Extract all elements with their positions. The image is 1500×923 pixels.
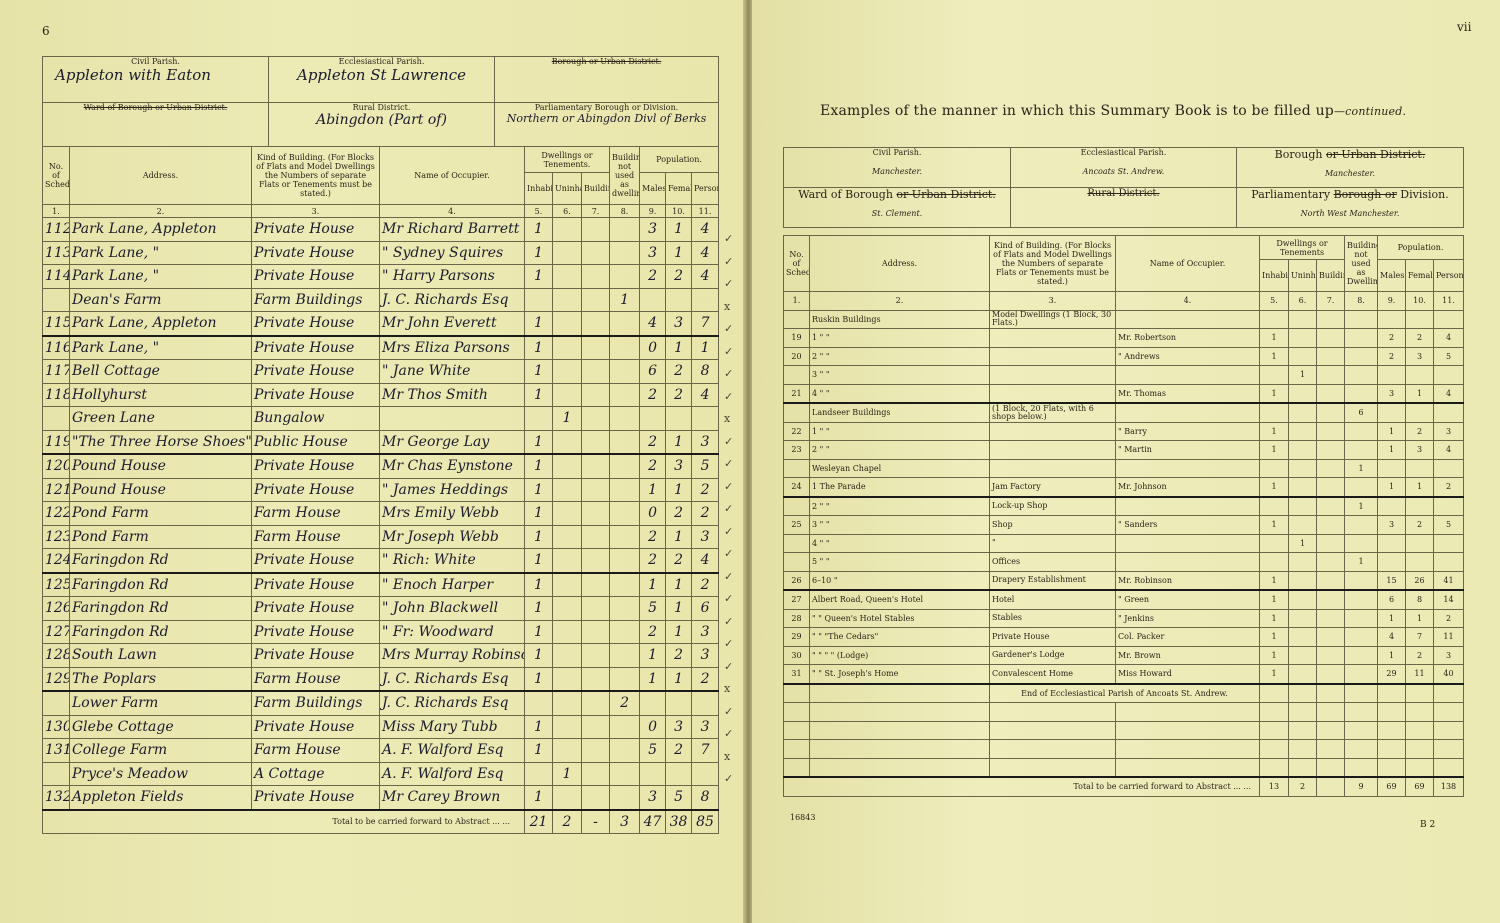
kind-cell: Farm House (252, 525, 380, 549)
address-cell: Pond Farm (70, 525, 252, 549)
kind-cell: Gardener's Lodge (990, 646, 1116, 665)
schedule-cell (784, 497, 810, 516)
address-cell: Faringdon Rd (70, 620, 252, 644)
building-cell (582, 786, 610, 810)
females-cell (1406, 497, 1434, 516)
not-dwellings-cell (1345, 590, 1378, 609)
total-persons: 85 (692, 810, 719, 834)
rural-district-value: Abingdon (Part of) (271, 112, 492, 128)
schedule-cell: 125 (43, 573, 70, 597)
building-cell (1317, 347, 1345, 366)
parliamentary-label: Parliamentary Borough or Division. (497, 103, 716, 112)
uninhabited-cell (1289, 459, 1317, 478)
occupier-cell (1116, 497, 1260, 516)
uninhabited-cell (553, 430, 582, 454)
uninhabited-cell (1289, 384, 1317, 403)
address-cell: Park Lane, Appleton (70, 218, 252, 242)
persons-cell: 2 (692, 667, 719, 691)
tick-mark-icon: ✓ (724, 705, 733, 718)
persons-cell: 4 (1434, 384, 1464, 403)
tick-mark-icon: x (724, 750, 730, 763)
males-cell (1378, 497, 1406, 516)
females-cell: 1 (666, 573, 692, 597)
inhabited-cell: 1 (525, 241, 553, 265)
building-cell (582, 478, 610, 502)
males-cell: 3 (1378, 384, 1406, 403)
inhabited-cell (1260, 553, 1289, 572)
address-cell: 1 " " (810, 329, 990, 348)
not-dwellings-cell (1345, 310, 1378, 329)
females-cell: 1 (666, 525, 692, 549)
kind-cell: Private House (990, 628, 1116, 647)
left-table-body: 112Park Lane, AppletonPrivate HouseMr Ri… (43, 218, 719, 810)
not-dwellings-cell (1345, 366, 1378, 385)
persons-cell: 8 (692, 786, 719, 810)
column-number-row: 1. 2. 3. 4. 5. 6. 7. 8. 9. 10. 11. (784, 292, 1464, 311)
persons-cell: 3 (692, 620, 719, 644)
address-cell: Faringdon Rd (70, 597, 252, 621)
schedule-cell: 126 (43, 597, 70, 621)
table-row: 214 " "Mr. Thomas1314 (784, 384, 1464, 403)
building-cell (582, 762, 610, 786)
not-dwellings-cell (1345, 516, 1378, 535)
table-row: 191 " "Mr. Robertson1224 (784, 329, 1464, 348)
col-persons-header: Persons. (692, 173, 719, 205)
title-text: Examples of the manner in which this Sum… (820, 103, 1334, 119)
col-address-header: Address. (70, 147, 252, 205)
end-note-row: End of Ecclesiastical Parish of Ancoats … (784, 684, 1464, 703)
table-row: 130Glebe CottagePrivate HouseMiss Mary T… (43, 715, 719, 739)
address-cell: Pryce's Meadow (70, 762, 252, 786)
persons-cell (692, 762, 719, 786)
kind-cell: Lock-up Shop (990, 497, 1116, 516)
persons-cell: 7 (692, 312, 719, 336)
occupier-cell (1116, 553, 1260, 572)
uninhabited-cell (1289, 329, 1317, 348)
inhabited-cell: 1 (525, 383, 553, 407)
schedule-cell: 121 (43, 478, 70, 502)
males-cell: 1 (640, 667, 666, 691)
uninhabited-cell: 1 (553, 762, 582, 786)
males-cell (1378, 534, 1406, 553)
males-cell: 5 (640, 597, 666, 621)
occupier-cell: " Rich: White (380, 549, 525, 573)
persons-cell: 5 (1434, 516, 1464, 535)
uninhabited-cell (1289, 609, 1317, 628)
not-dwellings-cell (610, 573, 640, 597)
table-row: 132Appleton FieldsPrivate HouseMr Carey … (43, 786, 719, 810)
kind-cell: Offices (990, 553, 1116, 572)
tick-mark-icon: ✓ (724, 525, 733, 538)
address-cell: Pond Farm (70, 502, 252, 526)
table-row: 29 " " "The Cedars"Private HouseCol. Pac… (784, 628, 1464, 647)
table-row: 4 " ""1 (784, 534, 1464, 553)
table-row: 113Park Lane, "Private House" Sydney Squ… (43, 241, 719, 265)
total-uninhabited: 2 (553, 810, 582, 834)
address-cell: Dean's Farm (70, 288, 252, 312)
ecclesiastical-parish-label: Ecclesiastical Parish. (271, 57, 492, 66)
occupier-cell: A. F. Walford Esq (380, 762, 525, 786)
inhabited-cell (525, 288, 553, 312)
table-row: 112Park Lane, AppletonPrivate HouseMr Ri… (43, 218, 719, 242)
persons-cell: 4 (692, 241, 719, 265)
not-dwellings-cell (1345, 534, 1378, 553)
schedule-cell: 130 (43, 715, 70, 739)
uninhabited-cell (553, 573, 582, 597)
empty-cell (1317, 684, 1345, 703)
persons-cell: 3 (692, 715, 719, 739)
inhabited-cell: 1 (525, 739, 553, 763)
occupier-cell: Mr. Robinson (1116, 571, 1260, 590)
uninhabited-cell (553, 218, 582, 242)
not-dwellings-cell (1345, 329, 1378, 348)
occupier-cell: J. C. Richards Esq (380, 288, 525, 312)
table-row: 118HollyhurstPrivate HouseMr Thos Smith1… (43, 383, 719, 407)
kind-cell (990, 422, 1116, 441)
females-cell: 2 (666, 549, 692, 573)
address-cell: " " " " (Lodge) (810, 646, 990, 665)
col-number: 8. (1345, 292, 1378, 311)
uninhabited-cell: 1 (1289, 366, 1317, 385)
building-cell (1317, 366, 1345, 385)
civil-parish-value: Appleton with Eaton (45, 66, 266, 84)
address-cell: " " "The Cedars" (810, 628, 990, 647)
schedule-cell: 127 (43, 620, 70, 644)
schedule-cell: 131 (43, 739, 70, 763)
tick-mark-icon: x (724, 682, 730, 695)
not-dwellings-cell (1345, 441, 1378, 460)
not-dwellings-cell (610, 620, 640, 644)
kind-cell: Private House (252, 549, 380, 573)
inhabited-cell: 1 (1260, 347, 1289, 366)
parliamentary-label: Parliamentary (1251, 188, 1333, 201)
table-row: 131College FarmFarm HouseA. F. Walford E… (43, 739, 719, 763)
parliamentary-label-struck: Borough or (1334, 188, 1397, 201)
tick-mark-icon: ✓ (724, 277, 733, 290)
females-cell: 2 (666, 739, 692, 763)
tick-mark-icon: ✓ (724, 480, 733, 493)
parliamentary-value: North West Manchester. (1239, 209, 1461, 218)
right-table-body: Ruskin BuildingsModel Dwellings (1 Block… (784, 310, 1464, 684)
ward-label: Ward of Borough (798, 188, 896, 201)
kind-cell (990, 384, 1116, 403)
kind-cell: Model Dwellings (1 Block, 30 Flats.) (990, 310, 1116, 329)
building-cell (582, 265, 610, 289)
not-dwellings-cell (610, 478, 640, 502)
address-cell: 4 " " (810, 384, 990, 403)
uninhabited-cell (553, 360, 582, 384)
empty-cell (1260, 684, 1289, 703)
uninhabited-cell (1289, 422, 1317, 441)
tick-mark-icon: ✓ (724, 592, 733, 605)
inhabited-cell: 1 (525, 667, 553, 691)
schedule-cell (784, 366, 810, 385)
males-cell (1378, 553, 1406, 572)
schedule-cell: 27 (784, 590, 810, 609)
col-occupier-header: Name of Occupier. (1116, 236, 1260, 292)
persons-cell: 4 (692, 549, 719, 573)
males-cell: 2 (640, 549, 666, 573)
col-uninhabited-header: Uninhabited. (553, 173, 582, 205)
col-number: 6. (553, 205, 582, 218)
schedule-cell: 30 (784, 646, 810, 665)
occupier-cell: " Green (1116, 590, 1260, 609)
females-cell: 1 (666, 336, 692, 360)
address-cell: Faringdon Rd (70, 549, 252, 573)
empty-cell (1434, 684, 1464, 703)
uninhabited-cell (553, 786, 582, 810)
males-cell: 2 (1378, 347, 1406, 366)
table-row: 28 " " Queen's Hotel StablesStables" Jen… (784, 609, 1464, 628)
table-row: 128South LawnPrivate HouseMrs Murray Rob… (43, 644, 719, 668)
building-cell (1317, 571, 1345, 590)
females-cell (1406, 310, 1434, 329)
schedule-cell: 132 (43, 786, 70, 810)
table-row: 115Park Lane, AppletonPrivate HouseMr Jo… (43, 312, 719, 336)
males-cell: 1 (640, 573, 666, 597)
schedule-cell: 23 (784, 441, 810, 460)
females-cell: 3 (666, 454, 692, 478)
persons-cell (1434, 403, 1464, 422)
occupier-cell: Mr George Lay (380, 430, 525, 454)
borough-value: Manchester. (1239, 169, 1461, 178)
persons-cell (1434, 366, 1464, 385)
table-row: Lower FarmFarm BuildingsJ. C. Richards E… (43, 691, 719, 715)
address-cell: Pound House (70, 478, 252, 502)
blank-row (784, 740, 1464, 759)
males-cell: 3 (640, 786, 666, 810)
table-row: 126Faringdon RdPrivate House" John Black… (43, 597, 719, 621)
inhabited-cell: 1 (1260, 384, 1289, 403)
males-cell (1378, 310, 1406, 329)
inhabited-cell (1260, 403, 1289, 422)
table-row: 123Pond FarmFarm HouseMr Joseph Webb1213 (43, 525, 719, 549)
persons-cell: 2 (692, 502, 719, 526)
col-number: 2. (810, 292, 990, 311)
inhabited-cell (525, 407, 553, 431)
females-cell: 3 (1406, 441, 1434, 460)
males-cell: 0 (640, 502, 666, 526)
blank-row (784, 721, 1464, 740)
schedule-cell (43, 762, 70, 786)
females-cell: 2 (666, 383, 692, 407)
building-cell (1317, 329, 1345, 348)
persons-cell (1434, 497, 1464, 516)
males-cell: 2 (1378, 329, 1406, 348)
schedule-cell: 116 (43, 336, 70, 360)
left-page-number: 6 (42, 24, 50, 38)
occupier-cell (1116, 366, 1260, 385)
address-cell: College Farm (70, 739, 252, 763)
not-dwellings-cell (610, 360, 640, 384)
empty-cell (784, 684, 810, 703)
uninhabited-cell (553, 739, 582, 763)
kind-cell: Private House (252, 241, 380, 265)
kind-cell: Private House (252, 715, 380, 739)
uninhabited-cell (1289, 628, 1317, 647)
inhabited-cell: 1 (525, 549, 553, 573)
males-cell (640, 288, 666, 312)
females-cell: 1 (666, 620, 692, 644)
empty-cell (1345, 684, 1378, 703)
address-cell: 3 " " (810, 516, 990, 535)
tick-mark-icon: ✓ (724, 345, 733, 358)
borough-cell: Borough or Urban District. Manchester. (1237, 148, 1464, 188)
inhabited-cell: 1 (1260, 571, 1289, 590)
kind-cell: Shop (990, 516, 1116, 535)
tick-mark-icon: ✓ (724, 232, 733, 245)
females-cell (666, 691, 692, 715)
right-page-title: Examples of the manner in which this Sum… (820, 103, 1406, 119)
building-cell (582, 620, 610, 644)
total-uninhabited: 2 (1289, 777, 1317, 796)
right-census-table: No. of Schedule. Address. Kind of Buildi… (783, 235, 1464, 797)
empty-cell (810, 684, 990, 703)
col-number: 1. (784, 292, 810, 311)
civil-parish-value: Manchester. (786, 167, 1008, 176)
ecclesiastical-parish-value: Appleton St Lawrence (271, 66, 492, 84)
not-dwellings-cell (610, 265, 640, 289)
uninhabited-cell (553, 336, 582, 360)
inhabited-cell: 1 (525, 454, 553, 478)
occupier-cell: " Jenkins (1116, 609, 1260, 628)
table-row: Dean's FarmFarm BuildingsJ. C. Richards … (43, 288, 719, 312)
not-dwellings-cell (610, 597, 640, 621)
occupier-cell: Mr Thos Smith (380, 383, 525, 407)
uninhabited-cell (1289, 646, 1317, 665)
occupier-cell: Mrs Eliza Parsons (380, 336, 525, 360)
table-row: 202 " "" Andrews1235 (784, 347, 1464, 366)
females-cell: 2 (666, 502, 692, 526)
schedule-cell (784, 459, 810, 478)
building-cell (582, 573, 610, 597)
uninhabited-cell (553, 288, 582, 312)
building-cell (582, 644, 610, 668)
total-not-dwellings: 3 (610, 810, 640, 834)
occupier-cell: Mrs Murray Robinson (380, 644, 525, 668)
address-cell: Park Lane, Appleton (70, 312, 252, 336)
males-cell: 1 (640, 644, 666, 668)
persons-cell: 5 (692, 454, 719, 478)
kind-cell: Private House (252, 620, 380, 644)
occupier-cell: A. F. Walford Esq (380, 739, 525, 763)
males-cell: 1 (1378, 646, 1406, 665)
persons-cell: 3 (1434, 646, 1464, 665)
schedule-cell (784, 534, 810, 553)
not-dwellings-cell (610, 644, 640, 668)
total-males: 69 (1378, 777, 1406, 796)
males-cell: 15 (1378, 571, 1406, 590)
building-cell (1317, 553, 1345, 572)
uninhabited-cell (553, 502, 582, 526)
females-cell (1406, 403, 1434, 422)
inhabited-cell: 1 (525, 715, 553, 739)
occupier-cell: " Jane White (380, 360, 525, 384)
empty-cell (1406, 684, 1434, 703)
kind-cell: Private House (252, 383, 380, 407)
total-inhabited: 13 (1260, 777, 1289, 796)
column-number-row: 1. 2. 3. 4. 5. 6. 7. 8. 9. 10. 11. (43, 205, 719, 218)
uninhabited-cell (1289, 590, 1317, 609)
address-cell: Hollyhurst (70, 383, 252, 407)
table-row: 232 " "" Martin1134 (784, 441, 1464, 460)
signature-mark: B 2 (1420, 820, 1435, 830)
persons-cell: 5 (1434, 347, 1464, 366)
kind-cell: Private House (252, 597, 380, 621)
not-dwellings-cell: 1 (1345, 459, 1378, 478)
inhabited-cell: 1 (525, 597, 553, 621)
persons-cell (1434, 553, 1464, 572)
building-cell (1317, 628, 1345, 647)
col-population-header: Population. (1378, 236, 1464, 260)
uninhabited-cell (1289, 497, 1317, 516)
address-cell: Faringdon Rd (70, 573, 252, 597)
occupier-cell (1116, 403, 1260, 422)
col-inhabited-header: Inhabited. (1260, 260, 1289, 292)
persons-cell: 2 (692, 478, 719, 502)
occupier-cell: " Martin (1116, 441, 1260, 460)
schedule-cell: 115 (43, 312, 70, 336)
not-dwellings-cell (1345, 571, 1378, 590)
schedule-cell: 22 (784, 422, 810, 441)
kind-cell: (1 Block, 20 Flats, with 6 shops below.) (990, 403, 1116, 422)
rural-district-label: Rural District. (271, 103, 492, 112)
schedule-cell: 28 (784, 609, 810, 628)
address-cell: Appleton Fields (70, 786, 252, 810)
males-cell (1378, 403, 1406, 422)
parliamentary-label-end: Division. (1397, 188, 1449, 201)
tick-mark-icon: ✓ (724, 637, 733, 650)
table-row: Pryce's MeadowA CottageA. F. Walford Esq… (43, 762, 719, 786)
col-kind-header: Kind of Building. (For Blocks of Flats a… (252, 147, 380, 205)
inhabited-cell: 1 (525, 265, 553, 289)
inhabited-cell: 1 (525, 644, 553, 668)
occupier-cell (380, 407, 525, 431)
persons-cell: 1 (692, 336, 719, 360)
not-dwellings-cell (610, 407, 640, 431)
occupier-cell (1116, 459, 1260, 478)
schedule-cell (784, 310, 810, 329)
print-code: 16843 (790, 813, 815, 822)
empty-cell (1378, 684, 1406, 703)
kind-cell: Hotel (990, 590, 1116, 609)
building-cell (1317, 459, 1345, 478)
males-cell: 1 (1378, 609, 1406, 628)
males-cell: 2 (640, 265, 666, 289)
ecclesiastical-parish-cell: Ecclesiastical Parish. Ancoats St. Andre… (1011, 148, 1237, 188)
building-cell (582, 739, 610, 763)
schedule-cell: 29 (784, 628, 810, 647)
building-cell (582, 430, 610, 454)
address-cell: 1 " " (810, 422, 990, 441)
kind-cell: Private House (252, 644, 380, 668)
table-row: 124Faringdon RdPrivate House" Rich: Whit… (43, 549, 719, 573)
males-cell: 29 (1378, 665, 1406, 684)
address-cell: Glebe Cottage (70, 715, 252, 739)
males-cell: 6 (640, 360, 666, 384)
not-dwellings-cell: 1 (610, 288, 640, 312)
inhabited-cell: 1 (1260, 422, 1289, 441)
schedule-cell: 113 (43, 241, 70, 265)
rural-district-cell: Rural District. (1011, 188, 1237, 228)
occupier-cell: J. C. Richards Esq (380, 667, 525, 691)
not-dwellings-cell (610, 454, 640, 478)
address-cell: Park Lane, " (70, 265, 252, 289)
tick-mark-icon: x (724, 300, 730, 313)
not-dwellings-cell (1345, 628, 1378, 647)
kind-cell: Farm Buildings (252, 691, 380, 715)
table-row: 253 " "Shop" Sanders1325 (784, 516, 1464, 535)
